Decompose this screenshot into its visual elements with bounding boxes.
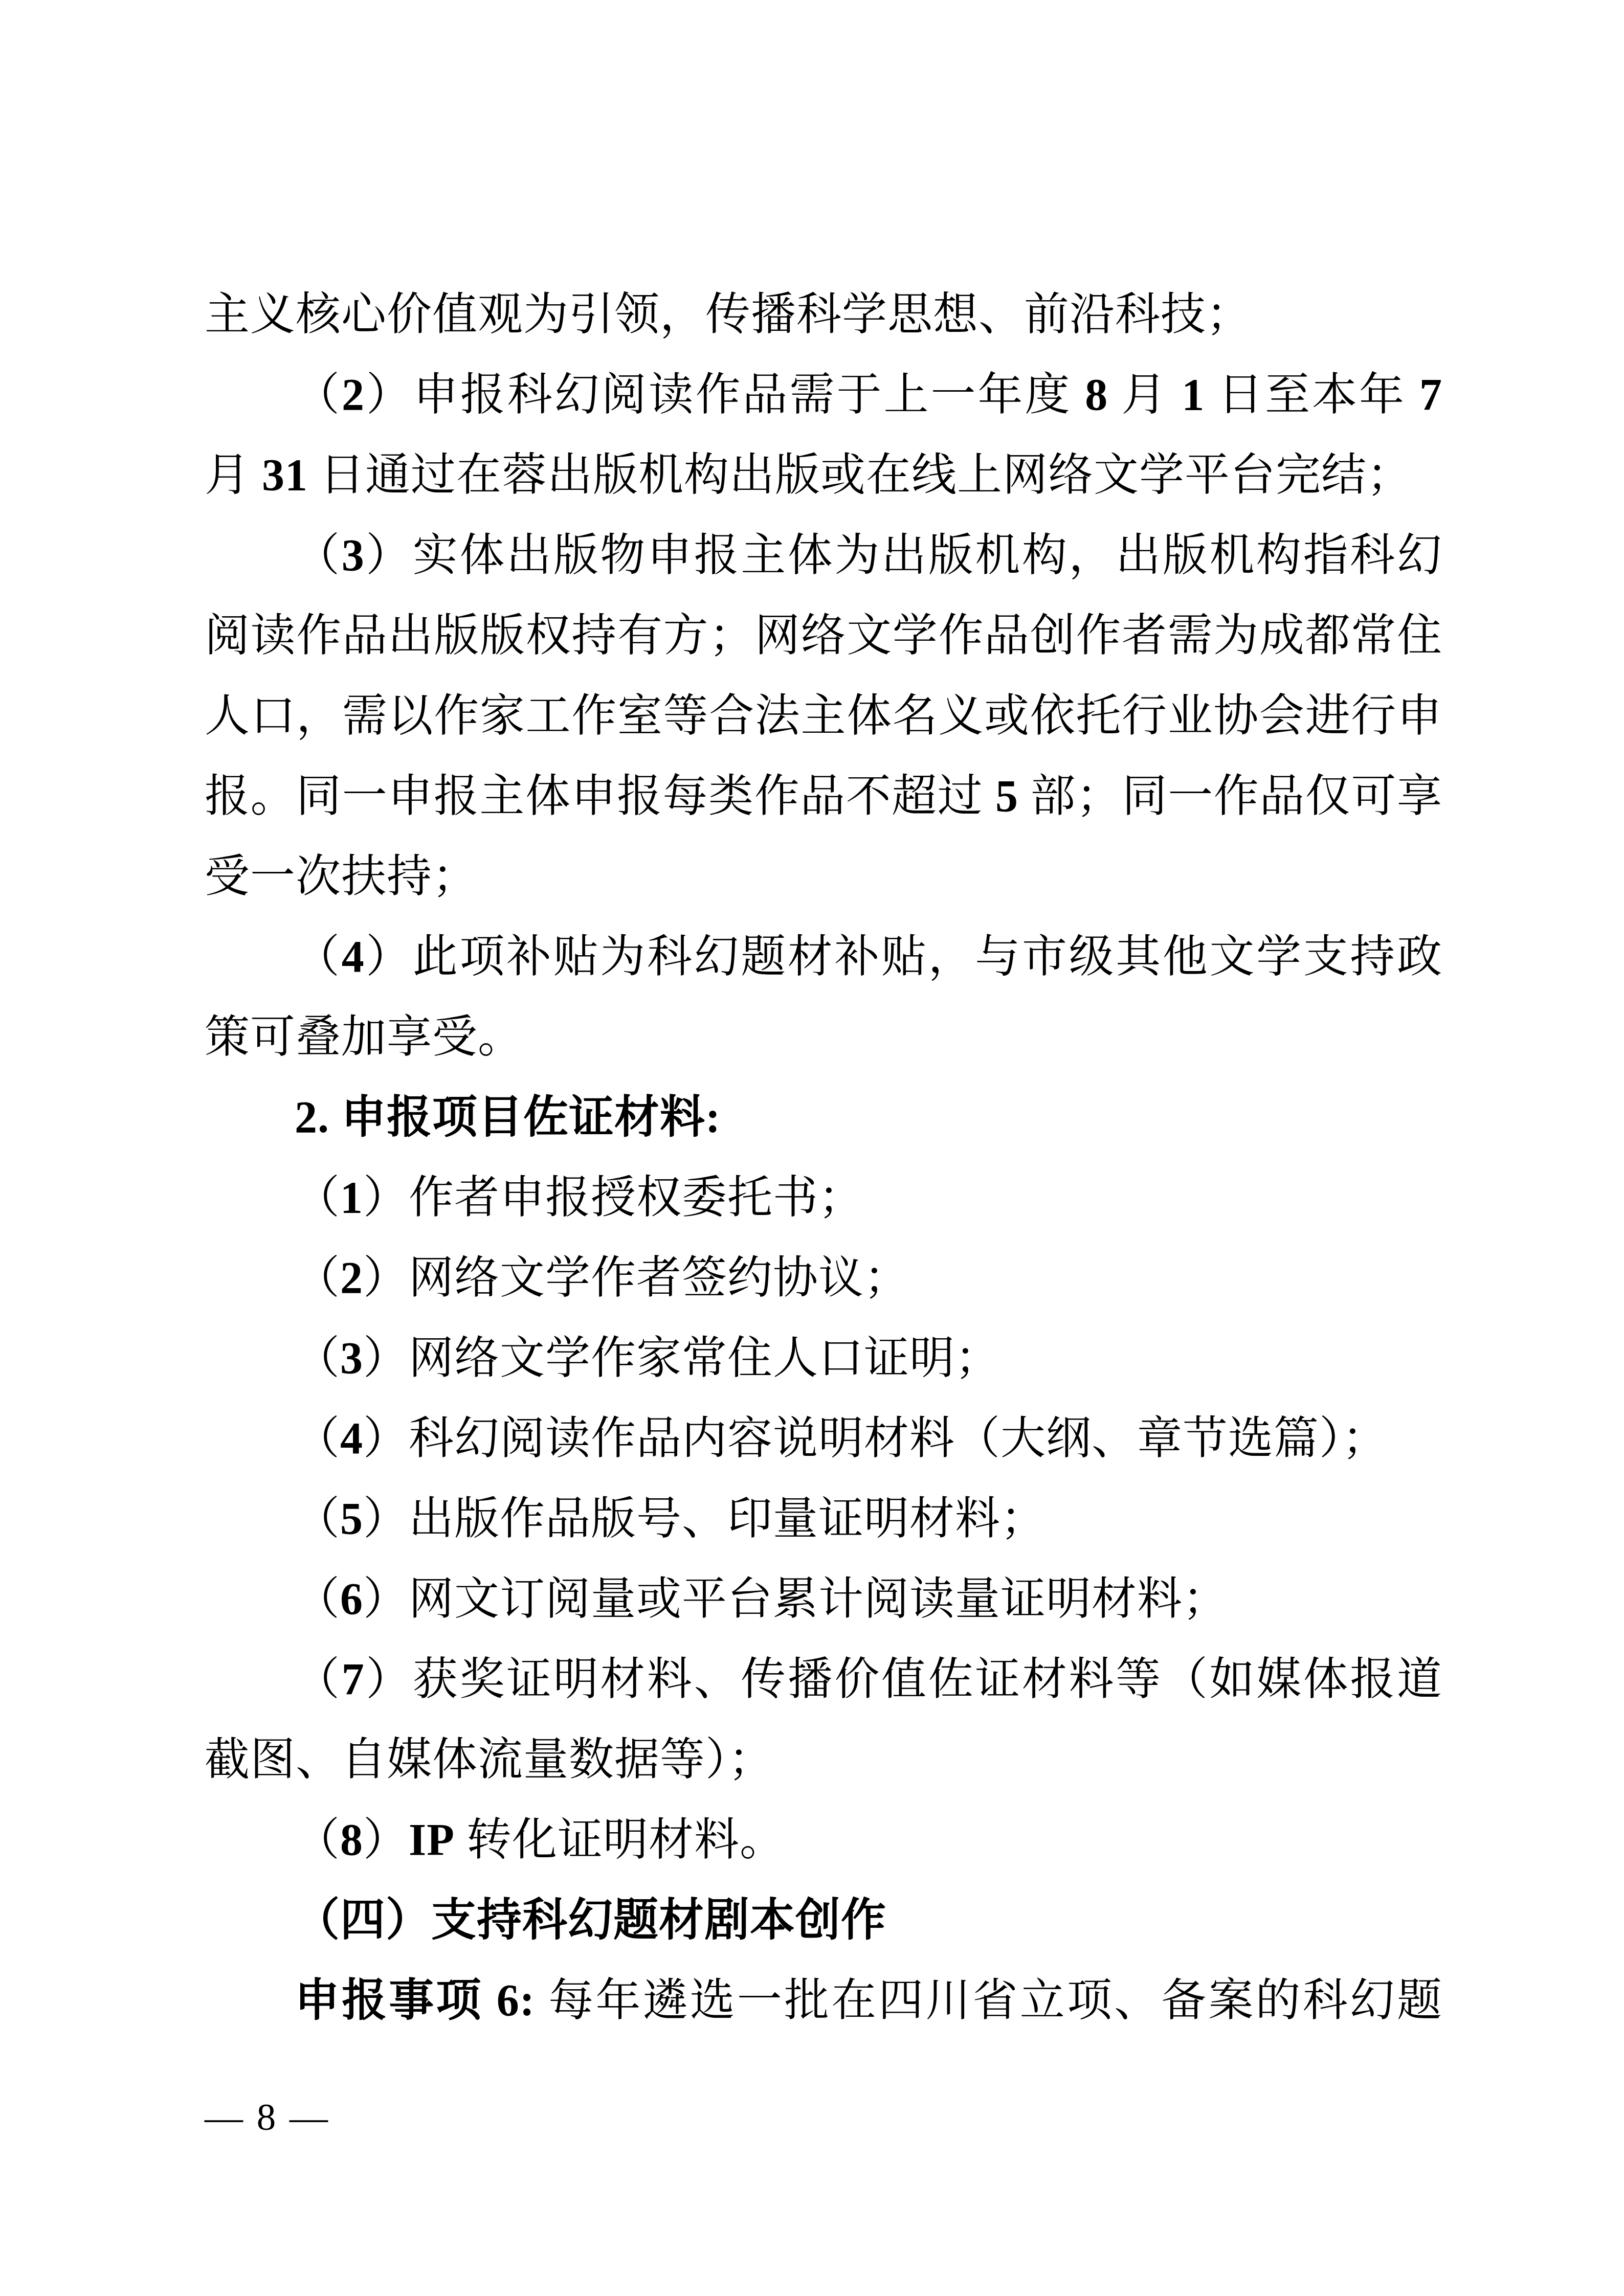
text-segment: 日至本年 bbox=[1205, 370, 1419, 420]
text-line: （8）IP 转化证明材料。 bbox=[205, 1800, 1442, 1880]
text-segment: （ bbox=[295, 1574, 340, 1624]
text-line: 申报事项 6: 每年遴选一批在四川省立项、备案的科幻题 bbox=[205, 1961, 1442, 2041]
text-segment: 每年遴选一批在四川省立项、备案的科幻题 bbox=[548, 1976, 1442, 2025]
text-segment: （ bbox=[295, 932, 342, 982]
bold-text-segment: 4 bbox=[340, 1414, 363, 1464]
bold-text-segment: 申报事项 6: bbox=[295, 1976, 548, 2025]
text-line: （7）获奖证明材料、传播价值佐证材料等（如媒体报道 bbox=[205, 1639, 1442, 1720]
bold-text-segment: 6 bbox=[340, 1574, 363, 1624]
text-line: （3）实体出版物申报主体为出版机构，出版机构指科幻 bbox=[205, 515, 1442, 596]
bold-text-segment: 3 bbox=[342, 531, 365, 580]
text-segment: （ bbox=[295, 531, 342, 580]
text-segment: 日通过在蓉出版机构出版或在线上网络文学平台完结； bbox=[308, 451, 1412, 500]
text-segment: 阅读作品出版版权持有方；网络文学作品创作者需为成都常住 bbox=[205, 611, 1442, 661]
text-segment: ） bbox=[363, 1815, 409, 1865]
text-line: （四）支持科幻题材剧本创作 bbox=[205, 1880, 1442, 1961]
text-segment: 策可叠加享受。 bbox=[205, 1012, 523, 1062]
text-line: 主义核心价值观为引领，传播科学思想、前沿科技； bbox=[205, 275, 1442, 355]
text-segment: （ bbox=[295, 1815, 340, 1865]
bold-text-segment: 5 bbox=[340, 1494, 363, 1544]
text-segment: ）网络文学作者签约协议； bbox=[363, 1253, 909, 1303]
text-line: 报。同一申报主体申报每类作品不超过 5 部；同一作品仅可享 bbox=[205, 756, 1442, 837]
text-segment: （ bbox=[295, 1253, 340, 1303]
bold-text-segment: 7 bbox=[342, 1655, 365, 1704]
text-segment: 月 bbox=[205, 451, 262, 500]
text-segment: ）申报科幻阅读作品需于上一年度 bbox=[365, 370, 1085, 420]
text-line: 人口，需以作家工作室等合法主体名义或依托行业协会进行申 bbox=[205, 676, 1442, 756]
text-segment: 报。同一申报主体申报每类作品不超过 bbox=[205, 772, 995, 821]
text-line: （2）申报科幻阅读作品需于上一年度 8 月 1 日至本年 7 bbox=[205, 355, 1442, 435]
text-segment: （ bbox=[295, 1334, 340, 1383]
text-segment: 部；同一作品仅可享 bbox=[1018, 772, 1442, 821]
text-segment: （ bbox=[295, 370, 342, 420]
text-segment: 受一次扶持； bbox=[205, 852, 478, 902]
text-line: 截图、自媒体流量数据等）； bbox=[205, 1720, 1442, 1800]
bold-text-segment: 8 bbox=[1085, 370, 1108, 420]
text-line: （6）网文订阅量或平台累计阅读量证明材料； bbox=[205, 1559, 1442, 1639]
text-segment: （ bbox=[295, 1655, 342, 1704]
text-line: （5）出版作品版号、印量证明材料； bbox=[205, 1479, 1442, 1559]
text-line: （2）网络文学作者签约协议； bbox=[205, 1238, 1442, 1318]
text-segment: 主义核心价值观为引领，传播科学思想、前沿科技； bbox=[205, 290, 1252, 340]
text-segment: （ bbox=[295, 1494, 340, 1544]
bold-text-segment: 5 bbox=[995, 772, 1018, 821]
bold-text-segment: 2 bbox=[342, 370, 365, 420]
page-number: — 8 — bbox=[205, 2088, 330, 2147]
bold-text-segment: 1 bbox=[340, 1173, 363, 1223]
text-segment: 月 bbox=[1108, 370, 1182, 420]
document-page: 主义核心价值观为引领，传播科学思想、前沿科技；（2）申报科幻阅读作品需于上一年度… bbox=[0, 0, 1624, 2296]
text-segment: 截图、自媒体流量数据等）； bbox=[205, 1735, 774, 1785]
text-line: 月 31 日通过在蓉出版机构出版或在线上网络文学平台完结； bbox=[205, 435, 1442, 515]
text-line: 阅读作品出版版权持有方；网络文学作品创作者需为成都常住 bbox=[205, 596, 1442, 676]
text-line: 2. 申报项目佐证材料: bbox=[205, 1077, 1442, 1158]
text-segment: ）实体出版物申报主体为出版机构，出版机构指科幻 bbox=[365, 531, 1442, 580]
text-segment: ）作者申报授权委托书； bbox=[363, 1173, 864, 1223]
bold-text-segment: （四）支持科幻题材剧本创作 bbox=[295, 1896, 886, 1945]
text-segment: 转化证明材料。 bbox=[455, 1815, 785, 1865]
text-segment: ）此项补贴为科幻题材补贴，与市级其他文学支持政 bbox=[365, 932, 1442, 982]
bold-text-segment: 7 bbox=[1419, 370, 1442, 420]
text-segment: ）出版作品版号、印量证明材料； bbox=[363, 1494, 1046, 1544]
text-segment: 人口，需以作家工作室等合法主体名义或依托行业协会进行申 bbox=[205, 691, 1442, 741]
text-segment: ）获奖证明材料、传播价值佐证材料等（如媒体报道 bbox=[365, 1655, 1442, 1704]
text-segment: （ bbox=[295, 1173, 340, 1223]
bold-text-segment: 8 bbox=[340, 1815, 363, 1865]
text-segment: ）网络文学作家常住人口证明； bbox=[363, 1334, 1000, 1383]
text-line: （4）此项补贴为科幻题材补贴，与市级其他文学支持政 bbox=[205, 917, 1442, 997]
text-line: （3）网络文学作家常住人口证明； bbox=[205, 1318, 1442, 1399]
bold-text-segment: 3 bbox=[340, 1334, 363, 1383]
bold-text-segment: 4 bbox=[342, 932, 365, 982]
text-line: （1）作者申报授权委托书； bbox=[205, 1158, 1442, 1238]
text-line: 受一次扶持； bbox=[205, 837, 1442, 917]
bold-text-segment: 31 bbox=[262, 451, 308, 500]
bold-text-segment: IP bbox=[409, 1815, 455, 1865]
bold-text-segment: 1 bbox=[1182, 370, 1205, 420]
text-segment: （ bbox=[295, 1414, 340, 1464]
document-body: 主义核心价值观为引领，传播科学思想、前沿科技；（2）申报科幻阅读作品需于上一年度… bbox=[205, 275, 1442, 2041]
text-segment: ）网文订阅量或平台累计阅读量证明材料； bbox=[363, 1574, 1228, 1624]
text-line: 策可叠加享受。 bbox=[205, 997, 1442, 1077]
text-segment: ）科幻阅读作品内容说明材料（大纲、章节选篇）； bbox=[363, 1414, 1388, 1464]
bold-text-segment: 2 bbox=[340, 1253, 363, 1303]
bold-text-segment: 2. 申报项目佐证材料: bbox=[295, 1093, 721, 1142]
text-line: （4）科幻阅读作品内容说明材料（大纲、章节选篇）； bbox=[205, 1399, 1442, 1479]
